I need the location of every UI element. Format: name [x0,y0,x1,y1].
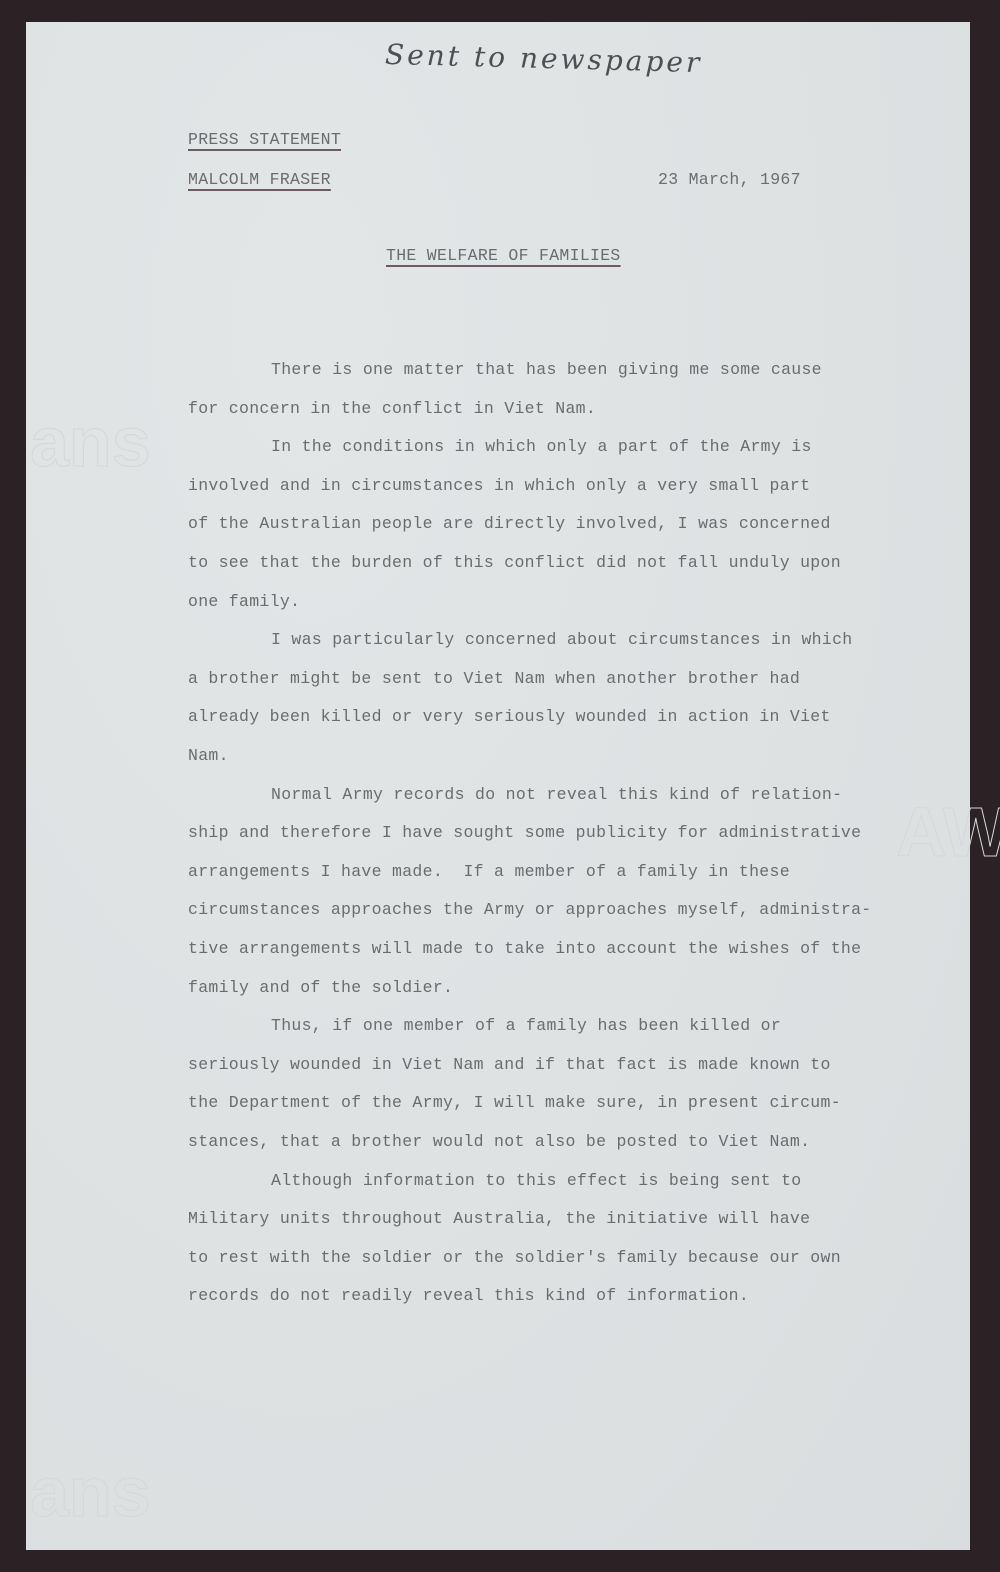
author-name: MALCOLM FRASER [188,170,331,189]
body-line: records do not readily reveal this kind … [188,1286,749,1305]
body-line: Nam. [188,746,229,765]
body-line: to see that the burden of this conflict … [188,553,841,572]
body-line: Military units throughout Australia, the… [188,1209,810,1228]
body-line: family and of the soldier. [188,978,453,997]
body-line: tive arrangements will made to take into… [188,939,861,958]
body-line: ship and therefore I have sought some pu… [188,823,861,842]
body-line: a brother might be sent to Viet Nam when… [188,669,800,688]
body-line: to rest with the soldier or the soldier'… [188,1248,841,1267]
body-line: I was particularly concerned about circu… [271,630,853,649]
body-line: There is one matter that has been giving… [271,360,822,379]
body-line: Normal Army records do not reveal this k… [271,785,842,804]
body-line: of the Australian people are directly in… [188,514,831,533]
watermark-text: ans [30,402,151,482]
body-line: one family. [188,592,300,611]
body-line: Thus, if one member of a family has been… [271,1016,781,1035]
body-line: for concern in the conflict in Viet Nam. [188,399,596,418]
body-line: circumstances approaches the Army or app… [188,900,872,919]
body-line: stances, that a brother would not also b… [188,1132,810,1151]
press-statement-label: PRESS STATEMENT [188,130,341,149]
body-line: Although information to this effect is b… [271,1171,801,1190]
body-line: already been killed or very seriously wo… [188,707,831,726]
body-line: involved and in circumstances in which o… [188,476,810,495]
document-title: THE WELFARE OF FAMILIES [386,246,621,265]
body-line: In the conditions in which only a part o… [271,437,812,456]
watermark-text-bottom: ans [30,1452,151,1532]
body-line: the Department of the Army, I will make … [188,1093,841,1112]
watermark-text-right: AW [896,792,1000,872]
statement-date: 23 March, 1967 [658,170,801,189]
body-line: arrangements I have made. If a member of… [188,862,790,881]
body-line: seriously wounded in Viet Nam and if tha… [188,1055,831,1074]
